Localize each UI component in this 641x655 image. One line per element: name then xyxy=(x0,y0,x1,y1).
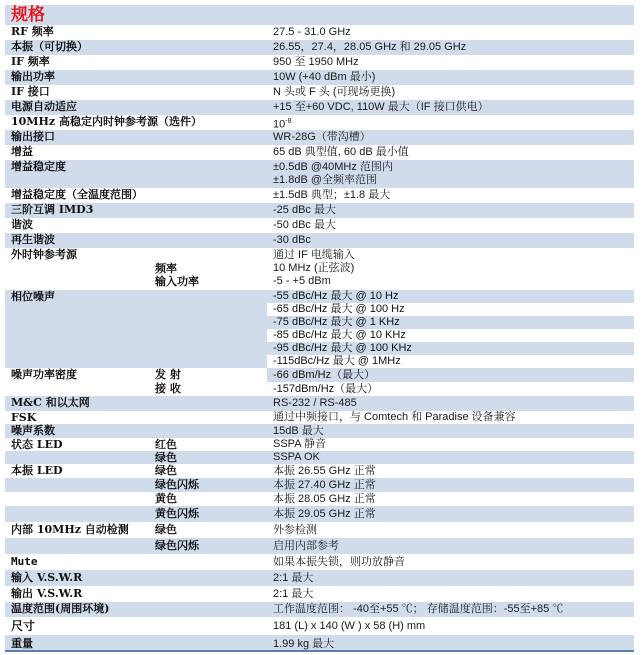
row-value: 通过 IF 电缆输入 10 MHz (正弦波) -5 - +5 dBm xyxy=(273,249,355,288)
row-value: 本振 28.05 GHz 正常 xyxy=(273,492,376,506)
spec-row-status-led-green: 绿色 SSPA OK xyxy=(5,451,634,464)
spec-row-phase-noise: 相位噪声 -55 dBc/Hz 最大 @ 10 Hz -65 dBc/Hz 最大… xyxy=(5,290,634,368)
row-value: 26.55，27.4，28.05 GHz 和 29.05 GHz xyxy=(273,40,466,54)
phase-noise-label-cell: 相位噪声 xyxy=(5,290,267,368)
row-label: 噪声系数 xyxy=(11,424,55,438)
row-label: 增益稳定度（全温度范围） xyxy=(11,188,143,202)
row-label: 外时钟参考源 xyxy=(11,248,77,262)
row-value: ±1.5dB 典型；±1.8 最大 xyxy=(273,188,390,202)
row-label: 输出接口 xyxy=(11,130,55,144)
value-line: -55 dBc/Hz 最大 @ 10 Hz xyxy=(273,290,398,303)
row-label: 本振 LED xyxy=(11,464,63,478)
spec-row-dimensions: 尺寸 181 (L) x 140 (W ) x 58 (H) mm xyxy=(5,617,634,635)
row-label: M&C 和以太网 xyxy=(11,396,90,410)
value-line: -85 dBc/Hz 最大 @ 10 KHz xyxy=(273,329,406,342)
row-label: 增益 xyxy=(11,145,33,159)
spec-row-gain-stability-temp: 增益稳定度（全温度范围） ±1.5dB 典型；±1.8 最大 xyxy=(5,188,634,203)
table-header: 规格 xyxy=(5,5,634,25)
row-sublabel: 频率 xyxy=(155,262,177,275)
row-value: 本振 26.55 GHz 正常 xyxy=(273,464,376,478)
value-line: -115dBc/Hz 最大 @ 1MHz xyxy=(273,355,401,368)
row-value: -30 dBc xyxy=(273,233,311,247)
row-label: 增益稳定度 xyxy=(11,160,66,174)
row-value: 2:1 最大 xyxy=(273,571,313,585)
spec-title: 规格 xyxy=(11,5,45,25)
row-label: 重量 xyxy=(11,637,33,651)
value-base: 10 xyxy=(273,119,285,131)
row-value: 10W (+40 dBm 最小) xyxy=(273,70,375,84)
spec-row-int-ref-green-blink: 绿色闪烁 启用内部参考 xyxy=(5,538,634,554)
spec-row-gain: 增益 65 dB 典型值, 60 dB 最小值 xyxy=(5,145,634,160)
row-sublabel: 输入功率 xyxy=(155,275,199,288)
spec-row-rf-frequency: RF 频率 27.5 - 31.0 GHz xyxy=(5,25,634,40)
row-value: WR-28G（带沟槽） xyxy=(273,130,371,144)
row-value: SSPA OK xyxy=(273,451,320,464)
row-value: 950 至 1950 MHz xyxy=(273,55,359,69)
row-label: IF 接口 xyxy=(11,85,50,99)
spec-row-internal-ref: 10MHz 高稳定内时钟参考源（选件） 10-8 xyxy=(5,115,634,130)
spec-row-harmonics: 谐波 -50 dBc 最大 xyxy=(5,218,634,233)
row-label: 三阶互调 IMD3 xyxy=(11,203,93,217)
spec-row-lo-led-yellow-blink: 黄色闪烁 本振 29.05 GHz 正常 xyxy=(5,506,634,522)
phase-noise-line: -55 dBc/Hz 最大 @ 10 Hz xyxy=(267,290,634,303)
row-label: 相位噪声 xyxy=(11,290,55,304)
value-line: -66 dBm/Hz（最大） xyxy=(273,368,375,382)
spec-row-gain-stability: 增益稳定度 ±0.5dB @40MHz 范围内 ±1.8dB @全频率范围 xyxy=(5,160,634,188)
row-value: 启用内部参考 xyxy=(273,539,339,553)
spec-row-if-frequency: IF 频率 950 至 1950 MHz xyxy=(5,55,634,70)
row-value: 1.99 kg 最大 xyxy=(273,637,334,651)
phase-noise-line: -65 dBc/Hz 最大 @ 100 Hz xyxy=(267,303,634,316)
spec-table: 规格 RF 频率 27.5 - 31.0 GHz 本振（可切换） 26.55，2… xyxy=(5,5,634,652)
spec-row-noise-figure: 噪声系数 15dB 最大 xyxy=(5,424,634,438)
row-sublabel: 黄色闪烁 xyxy=(155,507,199,520)
value-line: 10 MHz (正弦波) xyxy=(273,262,355,275)
row-value: ±0.5dB @40MHz 范围内 ±1.8dB @全频率范围 xyxy=(273,161,393,187)
phase-noise-line: -115dBc/Hz 最大 @ 1MHz xyxy=(267,355,634,368)
value-line: ±1.8dB @全频率范围 xyxy=(273,174,393,187)
row-value: 外参检测 xyxy=(273,523,317,537)
row-label: 再生谐波 xyxy=(11,233,55,247)
spec-row-int-ref-green: 内部 10MHz 自动检测 绿色 外参检测 xyxy=(5,522,634,538)
row-value: -50 dBc 最大 xyxy=(273,218,336,232)
row-sublabel: 接 收 xyxy=(155,382,181,395)
phase-noise-line: -95 dBc/Hz 最大 @ 100 KHz xyxy=(267,342,634,355)
row-value: 本振 27.40 GHz 正常 xyxy=(273,478,376,492)
row-label: FSK xyxy=(11,411,36,424)
noise-density-line: -66 dBm/Hz（最大） xyxy=(267,368,634,382)
row-sublabel: 发 射 xyxy=(155,368,181,381)
row-value: 65 dB 典型值, 60 dB 最小值 xyxy=(273,145,409,159)
row-sublabel: 绿色 xyxy=(155,523,177,536)
row-label: 内部 10MHz 自动检测 xyxy=(11,523,129,537)
spec-row-imd3: 三阶互调 IMD3 -25 dBc 最大 xyxy=(5,203,634,218)
value-line: -95 dBc/Hz 最大 @ 100 KHz xyxy=(273,342,412,355)
value-exponent: -8 xyxy=(285,118,291,125)
row-label: 状态 LED xyxy=(11,438,63,451)
row-label: 输出功率 xyxy=(11,70,55,84)
spec-row-lo: 本振（可切换） 26.55，27.4，28.05 GHz 和 29.05 GHz xyxy=(5,40,634,55)
row-value: 工作温度范围： -40至+55 ℃； 存储温度范围：-55至+85 ℃ xyxy=(273,602,563,616)
spec-row-power-supply: 电源自动适应 +15 至+60 VDC, 110W 最大（IF 接口供电） xyxy=(5,100,634,115)
value-line: 通过 IF 电缆输入 xyxy=(273,249,355,262)
row-label: Mute xyxy=(11,555,38,569)
row-label: 输入 V.S.W.R xyxy=(11,571,82,585)
row-sublabel: 黄色 xyxy=(155,492,177,505)
phase-noise-line: -75 dBc/Hz 最大 @ 1 KHz xyxy=(267,316,634,329)
row-sublabel: 绿色闪烁 xyxy=(155,539,199,552)
table-bottom-rule xyxy=(5,650,634,652)
row-value: 15dB 最大 xyxy=(273,424,324,438)
spec-row-fsk: FSK 通过中频接口，与 Comtech 和 Paradise 设备兼容 xyxy=(5,411,634,424)
spec-row-temperature: 温度范围(周围环境) 工作温度范围： -40至+55 ℃； 存储温度范围：-55… xyxy=(5,602,634,617)
spec-row-mute: Mute 如果本振失锁，则功放静音 xyxy=(5,554,634,570)
row-label: 谐波 xyxy=(11,218,33,232)
spec-row-noise-power-density: 噪声功率密度 发 射 接 收 -66 dBm/Hz（最大） -157dBm/Hz… xyxy=(5,368,634,396)
spec-row-lo-led-green: 本振 LED 绿色 本振 26.55 GHz 正常 xyxy=(5,464,634,478)
spec-row-external-ref: 外时钟参考源 频率 输入功率 通过 IF 电缆输入 10 MHz (正弦波) -… xyxy=(5,248,634,290)
value-line: -65 dBc/Hz 最大 @ 100 Hz xyxy=(273,303,405,316)
spec-row-output-interface: 输出接口 WR-28G（带沟槽） xyxy=(5,130,634,145)
row-value: RS-232 / RS-485 xyxy=(273,396,357,410)
spec-row-if-interface: IF 接口 N 头或 F 头 (可现场更换) xyxy=(5,85,634,100)
row-label: 噪声功率密度 xyxy=(11,368,77,382)
noise-density-line: -157dBm/Hz（最大） xyxy=(267,382,634,396)
row-value: 181 (L) x 140 (W ) x 58 (H) mm xyxy=(273,619,425,633)
spec-row-lo-led-yellow: 黄色 本振 28.05 GHz 正常 xyxy=(5,492,634,506)
row-sublabel: 绿色 xyxy=(155,464,177,477)
spec-row-status-led-red: 状态 LED 红色 SSPA 静音 xyxy=(5,438,634,451)
row-value: 如果本振失锁，则功放静音 xyxy=(273,555,405,569)
row-value: 2:1 最大 xyxy=(273,587,313,601)
row-label: 输出 V.S.W.R xyxy=(11,587,82,601)
row-value: 27.5 - 31.0 GHz xyxy=(273,25,351,39)
value-line: ±0.5dB @40MHz 范围内 xyxy=(273,161,393,174)
row-label: IF 频率 xyxy=(11,55,50,69)
phase-noise-line: -85 dBc/Hz 最大 @ 10 KHz xyxy=(267,329,634,342)
spec-row-output-power: 输出功率 10W (+40 dBm 最小) xyxy=(5,70,634,85)
value-line: -157dBm/Hz（最大） xyxy=(273,382,378,396)
row-label: 温度范围(周围环境) xyxy=(11,602,109,616)
row-value: 通过中频接口，与 Comtech 和 Paradise 设备兼容 xyxy=(273,411,516,424)
row-sublabel: 红色 xyxy=(155,438,177,451)
row-label: 本振（可切换） xyxy=(11,40,88,54)
spec-row-mc-ethernet: M&C 和以太网 RS-232 / RS-485 xyxy=(5,396,634,411)
value-line: -5 - +5 dBm xyxy=(273,275,355,288)
row-sublabel: 绿色闪烁 xyxy=(155,478,199,491)
row-sublabel: 绿色 xyxy=(155,451,177,464)
row-value: N 头或 F 头 (可现场更换) xyxy=(273,85,395,99)
row-label: 10MHz 高稳定内时钟参考源（选件） xyxy=(11,115,202,129)
row-value: 本振 29.05 GHz 正常 xyxy=(273,507,376,521)
spec-row-output-vswr: 输出 V.S.W.R 2:1 最大 xyxy=(5,586,634,602)
row-value: SSPA 静音 xyxy=(273,438,326,451)
row-label: RF 频率 xyxy=(11,25,54,39)
row-value: +15 至+60 VDC, 110W 最大（IF 接口供电） xyxy=(273,100,489,114)
row-value: -25 dBc 最大 xyxy=(273,203,336,217)
row-label: 尺寸 xyxy=(11,619,35,633)
row-label: 电源自动适应 xyxy=(11,100,77,114)
spec-row-input-vswr: 输入 V.S.W.R 2:1 最大 xyxy=(5,570,634,586)
spec-row-lo-led-green-blink: 绿色闪烁 本振 27.40 GHz 正常 xyxy=(5,478,634,492)
spec-row-regen-harmonics: 再生谐波 -30 dBc xyxy=(5,233,634,248)
value-line: -75 dBc/Hz 最大 @ 1 KHz xyxy=(273,316,400,329)
